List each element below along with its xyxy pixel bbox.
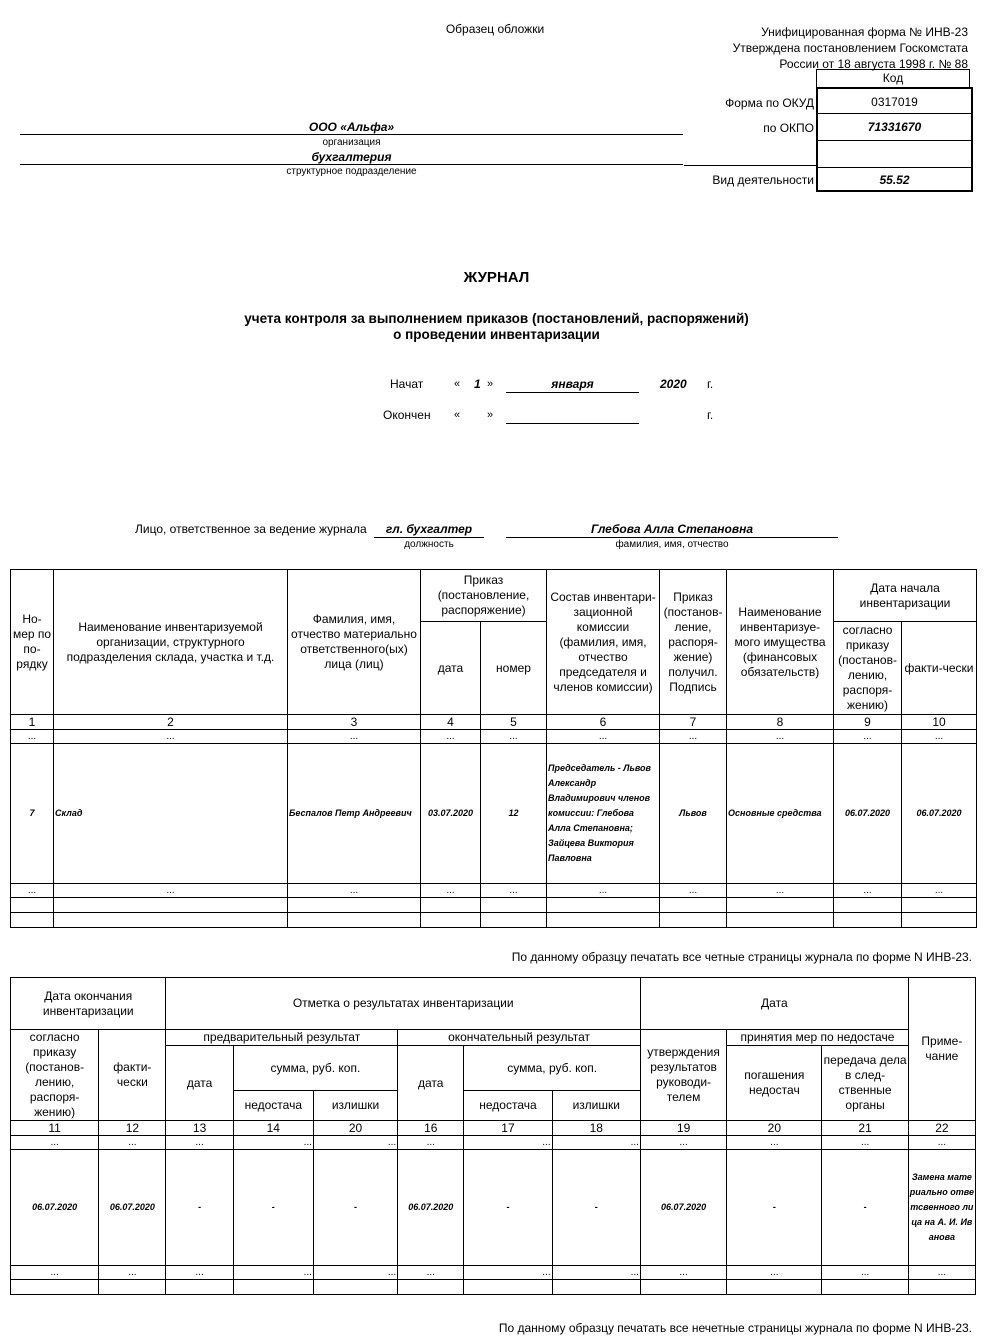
col-number: 5 bbox=[481, 715, 547, 730]
ellipsis-cell: ... bbox=[481, 884, 547, 898]
ellipsis-cell: ... bbox=[11, 730, 54, 744]
header-date-group: Дата bbox=[640, 978, 908, 1030]
organization-caption: организация bbox=[20, 137, 683, 148]
cell-commission: Председатель - Львов Александр Владимиро… bbox=[547, 744, 660, 884]
ellipsis-cell: ... bbox=[547, 884, 660, 898]
col-number: 19 bbox=[640, 1121, 726, 1136]
ellipsis-cell: ... bbox=[233, 1136, 313, 1150]
ellipsis-cell: ... bbox=[902, 884, 977, 898]
form-header-line2: Утверждена постановлением Госкомстата bbox=[600, 40, 968, 56]
activity-code: 55.52 bbox=[818, 168, 971, 191]
responsible-position-caption: должность bbox=[374, 539, 484, 550]
cell-final-date: 06.07.2020 bbox=[398, 1150, 464, 1266]
journal-subtitle-2: о проведении инвентаризации bbox=[0, 327, 987, 342]
col-number: 6 bbox=[547, 715, 660, 730]
cell-order-date: 03.07.2020 bbox=[421, 744, 481, 884]
ellipsis-cell: ... bbox=[727, 1136, 822, 1150]
okud-code: 0317019 bbox=[818, 89, 971, 114]
ellipsis-cell: ... bbox=[398, 1266, 464, 1280]
cell-prelim-date: - bbox=[166, 1150, 233, 1266]
okud-label: Форма по ОКУД bbox=[640, 96, 814, 110]
ellipsis-cell: ... bbox=[54, 730, 288, 744]
organization-name: ООО «Альфа» bbox=[20, 120, 683, 134]
col-number: 12 bbox=[99, 1121, 166, 1136]
ended-label: Окончен bbox=[383, 408, 431, 422]
ellipsis-cell: ... bbox=[727, 730, 834, 744]
ellipsis-cell: ... bbox=[660, 730, 727, 744]
started-label: Начат bbox=[390, 377, 423, 391]
ellipsis-cell: ... bbox=[822, 1136, 908, 1150]
started-day: 1 bbox=[474, 377, 481, 391]
header-final-surplus: излишки bbox=[552, 1091, 640, 1121]
ellipsis-cell: ... bbox=[464, 1136, 552, 1150]
ellipsis-cell: ... bbox=[313, 1266, 397, 1280]
header-prelim-surplus: излишки bbox=[313, 1091, 397, 1121]
header-measures-group: принятия мер по недостаче bbox=[727, 1030, 909, 1046]
ellipsis-cell: ... bbox=[552, 1266, 640, 1280]
journal-subtitle-1: учета контроля за выполнением приказов (… bbox=[0, 311, 987, 326]
started-month: января bbox=[506, 377, 639, 391]
col-number: 21 bbox=[822, 1121, 908, 1136]
started-year: 2020 bbox=[660, 377, 687, 391]
ellipsis-cell: ... bbox=[421, 884, 481, 898]
ended-quote-close: » bbox=[487, 409, 493, 421]
ellipsis-cell: ... bbox=[552, 1136, 640, 1150]
col-number: 2 bbox=[54, 715, 288, 730]
ellipsis-cell: ... bbox=[398, 1136, 464, 1150]
header-start-group: Дата начала инвентаризации bbox=[834, 570, 977, 622]
header-prelim-group: предварительный результат bbox=[166, 1030, 398, 1046]
responsible-position: гл. бухгалтер bbox=[374, 522, 484, 536]
cell-org-name: Склад bbox=[54, 744, 288, 884]
header-approved: утверждения результатов руководи-телем bbox=[640, 1030, 726, 1121]
header-final-date: дата bbox=[398, 1046, 464, 1121]
col-number: 11 bbox=[11, 1121, 99, 1136]
ellipsis-cell: ... bbox=[11, 1136, 99, 1150]
ellipsis-cell: ... bbox=[727, 1266, 822, 1280]
form-header-line1: Унифицированная форма № ИНВ-23 bbox=[600, 24, 968, 40]
col-number: 14 bbox=[233, 1121, 313, 1136]
col-number: 17 bbox=[464, 1121, 552, 1136]
empty-code bbox=[818, 141, 971, 168]
started-year-suffix: г. bbox=[707, 377, 713, 391]
ellipsis-cell: ... bbox=[233, 1266, 313, 1280]
header-prelim-date: дата bbox=[166, 1046, 233, 1121]
col-number: 4 bbox=[421, 715, 481, 730]
cell-end-plan: 06.07.2020 bbox=[11, 1150, 99, 1266]
ellipsis-cell: ... bbox=[11, 1266, 99, 1280]
cell-start-plan: 06.07.2020 bbox=[834, 744, 902, 884]
ellipsis-cell: ... bbox=[908, 1266, 975, 1280]
header-prelim-shortage: недостача bbox=[233, 1091, 313, 1121]
cell-order-received: Львов bbox=[660, 744, 727, 884]
cell-end-actual: 06.07.2020 bbox=[99, 1150, 166, 1266]
header-end-actual: факти-чески bbox=[99, 1030, 166, 1121]
table-row: 06.07.2020 06.07.2020 - - - 06.07.2020 -… bbox=[11, 1150, 976, 1266]
table-row: 7 Склад Беспалов Петр Андреевич 03.07.20… bbox=[11, 744, 977, 884]
header-final-shortage: недостача bbox=[464, 1091, 552, 1121]
cell-final-shortage: - bbox=[464, 1150, 552, 1266]
col-number: 18 bbox=[552, 1121, 640, 1136]
ellipsis-cell: ... bbox=[547, 730, 660, 744]
header-order-number: номер bbox=[481, 622, 547, 715]
ellipsis-cell: ... bbox=[464, 1266, 552, 1280]
ellipsis-cell: ... bbox=[166, 1136, 233, 1150]
ellipsis-cell: ... bbox=[834, 730, 902, 744]
ellipsis-cell: ... bbox=[481, 730, 547, 744]
cell-property: Основные средства bbox=[727, 744, 834, 884]
okpo-code: 71331670 bbox=[818, 114, 971, 141]
col-number: 7 bbox=[660, 715, 727, 730]
col-number: 10 bbox=[902, 715, 977, 730]
col-number: 16 bbox=[398, 1121, 464, 1136]
started-quote-open: « bbox=[454, 378, 460, 390]
ellipsis-cell: ... bbox=[288, 884, 421, 898]
division-caption: структурное подразделение bbox=[20, 166, 683, 177]
header-final-group: окончательный результат bbox=[398, 1030, 641, 1046]
code-box: 0317019 71331670 55.52 bbox=[816, 87, 973, 192]
col-number: 3 bbox=[288, 715, 421, 730]
responsible-name: Глебова Алла Степановна bbox=[506, 522, 838, 536]
header-end-group: Дата окончания инвентаризации bbox=[11, 978, 166, 1030]
header-results-group: Отметка о результатах инвентаризации bbox=[166, 978, 640, 1030]
col-number: 9 bbox=[834, 715, 902, 730]
header-order-received: Приказ (постанов-ление, распоря-жение) п… bbox=[660, 570, 727, 715]
cell-note: Замена материально ответсвенного лица на… bbox=[908, 1150, 975, 1266]
header-repaid: погашения недостач bbox=[727, 1046, 822, 1121]
division-name: бухгалтерия bbox=[20, 150, 683, 164]
header-row-number: Но-мер по по-рядку bbox=[11, 570, 54, 715]
ellipsis-cell: ... bbox=[727, 884, 834, 898]
ellipsis-cell: ... bbox=[640, 1136, 726, 1150]
responsible-label: Лицо, ответственное за ведение журнала bbox=[135, 522, 367, 536]
cell-prelim-shortage: - bbox=[233, 1150, 313, 1266]
ellipsis-cell: ... bbox=[11, 884, 54, 898]
journal-table-odd: Дата окончания инвентаризации Отметка о … bbox=[10, 977, 976, 1295]
header-end-plan: согласно приказу (постанов-лению, распор… bbox=[11, 1030, 99, 1121]
cell-order-number: 12 bbox=[481, 744, 547, 884]
col-number: 1 bbox=[11, 715, 54, 730]
ellipsis-cell: ... bbox=[640, 1266, 726, 1280]
header-prelim-sum: сумма, руб. коп. bbox=[233, 1046, 397, 1091]
ellipsis-cell: ... bbox=[902, 730, 977, 744]
header-note: Приме-чание bbox=[908, 978, 975, 1121]
ended-year-suffix: г. bbox=[707, 408, 713, 422]
col-number: 8 bbox=[727, 715, 834, 730]
ellipsis-cell: ... bbox=[288, 730, 421, 744]
header-order-group: Приказ (постановление, распоряжение) bbox=[421, 570, 547, 622]
col-number: 22 bbox=[908, 1121, 975, 1136]
header-property: Наименование инвентаризуе-мого имущества… bbox=[727, 570, 834, 715]
ellipsis-cell: ... bbox=[908, 1136, 975, 1150]
cell-final-surplus: - bbox=[552, 1150, 640, 1266]
ellipsis-cell: ... bbox=[313, 1136, 397, 1150]
col-number: 13 bbox=[166, 1121, 233, 1136]
journal-title: ЖУРНАЛ bbox=[0, 269, 987, 286]
cell-approved: 06.07.2020 bbox=[640, 1150, 726, 1266]
header-order-date: дата bbox=[421, 622, 481, 715]
even-pages-note: По данному образцу печатать все четные с… bbox=[400, 950, 972, 964]
ellipsis-cell: ... bbox=[834, 884, 902, 898]
responsible-name-caption: фамилия, имя, отчество bbox=[506, 539, 838, 550]
ellipsis-cell: ... bbox=[166, 1266, 233, 1280]
header-investigation: передача дела в след-ственные органы bbox=[822, 1046, 908, 1121]
cell-repaid: - bbox=[727, 1150, 822, 1266]
odd-pages-note: По данному образцу печатать все нечетные… bbox=[400, 1321, 972, 1335]
cell-start-actual: 06.07.2020 bbox=[902, 744, 977, 884]
cover-label: Образец обложки bbox=[400, 22, 590, 36]
ellipsis-cell: ... bbox=[421, 730, 481, 744]
form-header: Унифицированная форма № ИНВ-23 Утвержден… bbox=[600, 24, 968, 72]
header-start-actual: факти-чески bbox=[902, 622, 977, 715]
ellipsis-cell: ... bbox=[99, 1136, 166, 1150]
header-responsible-person: Фамилия, имя, отчество материально ответ… bbox=[288, 570, 421, 715]
col-number: 20 bbox=[313, 1121, 397, 1136]
code-header: Код bbox=[816, 69, 970, 87]
header-final-sum: сумма, руб. коп. bbox=[464, 1046, 641, 1091]
started-quote-close: » bbox=[487, 378, 493, 390]
header-commission: Состав инвентари-зационной комиссии (фам… bbox=[547, 570, 660, 715]
cell-responsible-person: Беспалов Петр Андреевич bbox=[288, 744, 421, 884]
header-org-name: Наименование инвентаризуемой организации… bbox=[54, 570, 288, 715]
journal-table-even: Но-мер по по-рядку Наименование инвентар… bbox=[10, 569, 977, 928]
ellipsis-cell: ... bbox=[54, 884, 288, 898]
ellipsis-cell: ... bbox=[99, 1266, 166, 1280]
ellipsis-cell: ... bbox=[822, 1266, 908, 1280]
cell-prelim-surplus: - bbox=[313, 1150, 397, 1266]
ellipsis-cell: ... bbox=[660, 884, 727, 898]
cell-row-number: 7 bbox=[11, 744, 54, 884]
col-number: 20 bbox=[727, 1121, 822, 1136]
header-start-plan: согласно приказу (постанов-лению, распор… bbox=[834, 622, 902, 715]
cell-investigation: - bbox=[822, 1150, 908, 1266]
ended-quote-open: « bbox=[454, 409, 460, 421]
